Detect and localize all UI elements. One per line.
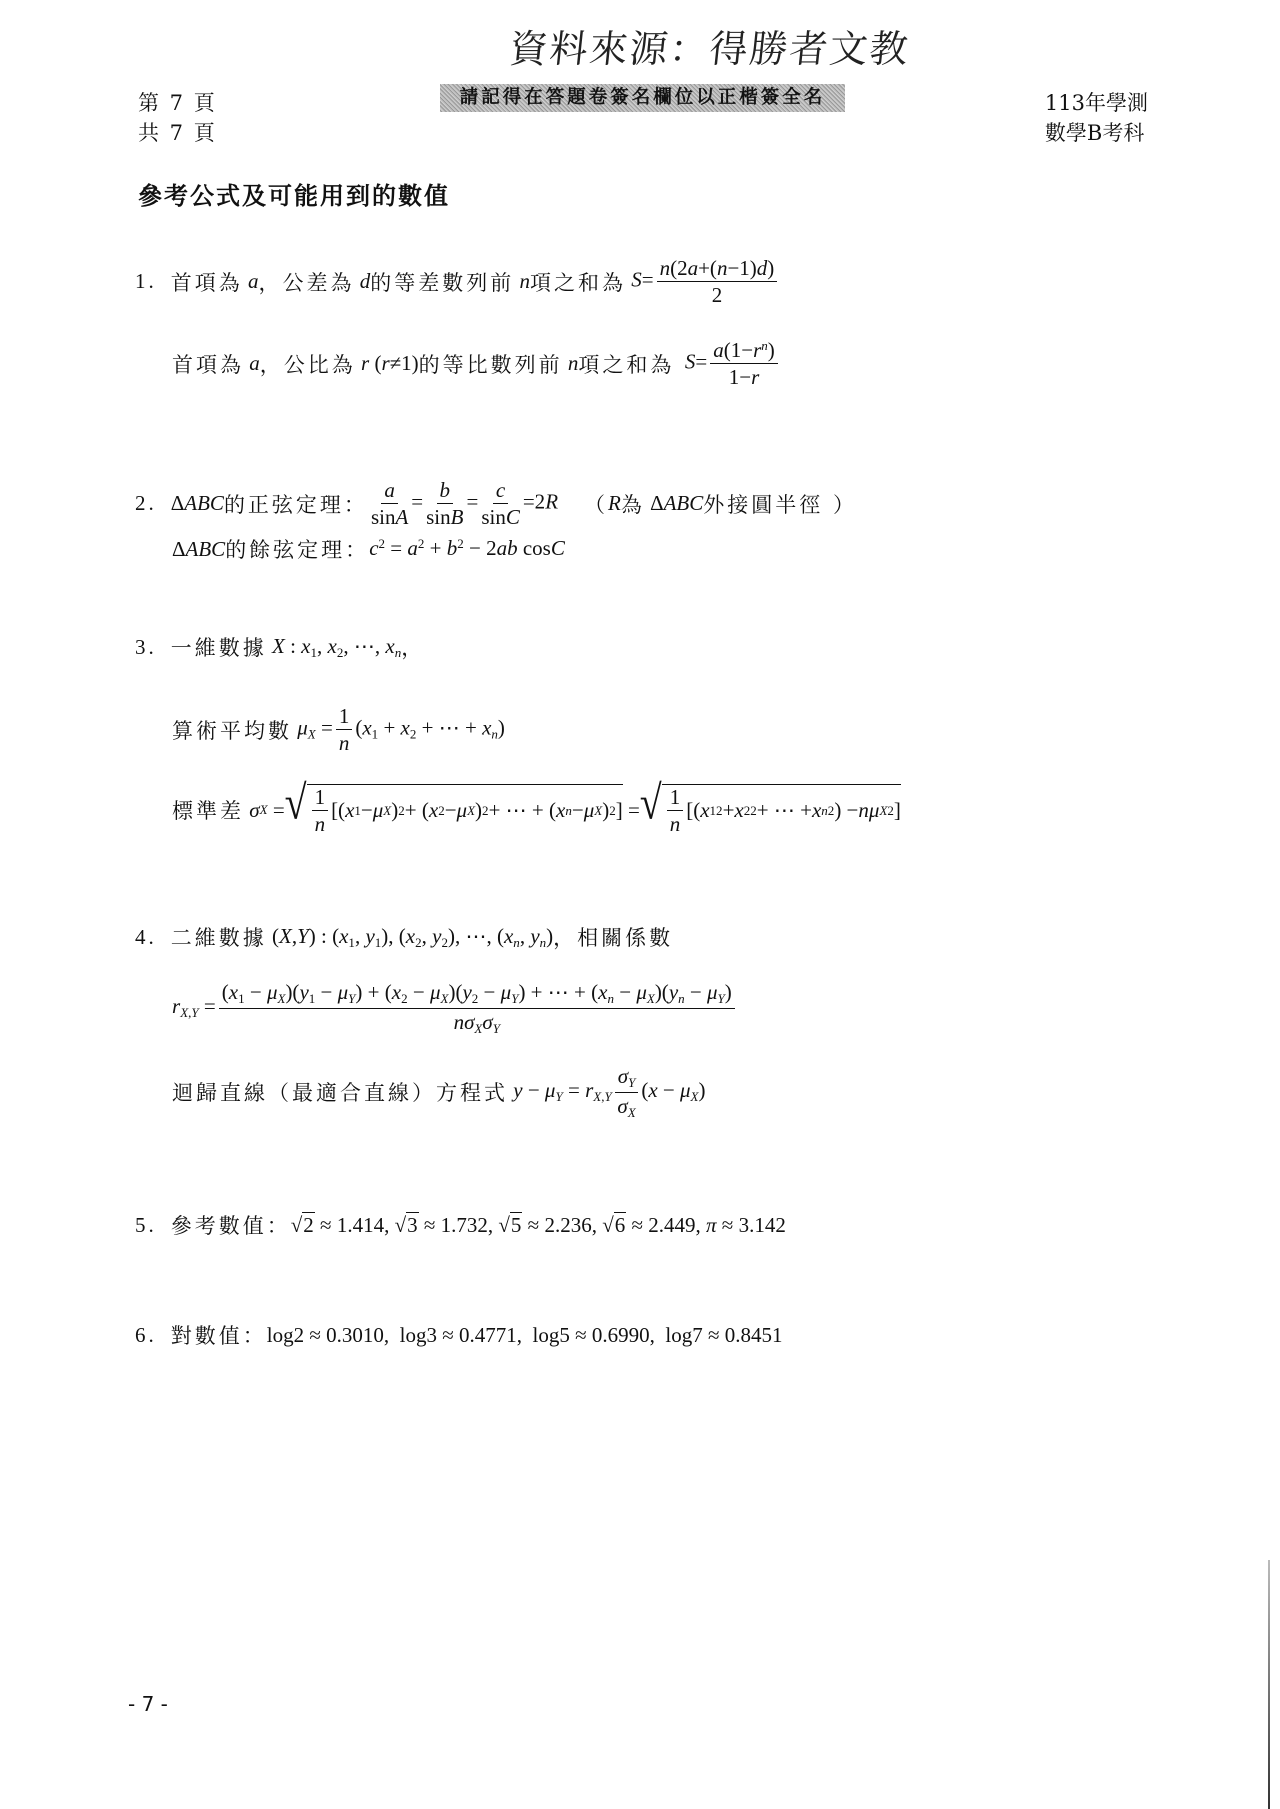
stddev-formula: σX = √1n[(x1 − μX)2 + (x2 − μX)2 + ⋯ + (… (244, 784, 901, 836)
formula-3c: 標準差 σX = √1n[(x1 − μX)2 + (x2 − μX)2 + ⋯… (172, 784, 901, 836)
formula-2a: 2. ΔABC的正弦定理： asinA=bsinB=csinC=2R （ R為 … (135, 478, 857, 529)
exam-subject: 數學B考科 (1045, 118, 1148, 148)
formula-4a: 4. 二維數據 (X,Y) : (x1, y1), (x2, y2), ⋯, (… (135, 922, 673, 952)
exam-year: 113年學測 (1045, 88, 1148, 118)
log-values: 6. 對數值： log2 ≈ 0.3010, log3 ≈ 0.4771, lo… (135, 1320, 783, 1350)
regression-formula: y − μY = rX,YσYσX(x − μX) (508, 1064, 706, 1121)
page-current: 第 7 頁 (138, 88, 217, 118)
formula-1b: 首項為 a， 公比為 r (r≠1)的等比數列前 n項之和為 S=a(1−rn)… (172, 338, 781, 389)
exam-info: 113年學測 數學B考科 (1045, 88, 1148, 148)
page-title: 參考公式及可能用到的數值 (138, 176, 450, 211)
page-total: 共 7 頁 (138, 118, 217, 148)
mean-formula: μX =1n(x1 + x2 + ⋯ + xn) (292, 704, 505, 755)
reference-values: 5. 參考數值： √2 ≈ 1.414, √3 ≈ 1.732, √5 ≈ 2.… (135, 1210, 786, 1240)
cosine-law-formula: c2 = a2 + b2 − 2ab cosC (369, 536, 565, 561)
page-indicator: 第 7 頁 共 7 頁 (138, 88, 217, 148)
formula-2b: ΔABC的餘弦定理： c2 = a2 + b2 − 2ab cosC (172, 534, 565, 564)
page-footer-number: - 7 - (128, 1692, 168, 1716)
arithmetic-sum-formula: S=n(2a+(n−1)d)2 (626, 256, 780, 307)
geometric-sum-formula: S=a(1−rn)1−r (674, 338, 780, 389)
scan-edge-line (1268, 1560, 1270, 1809)
sine-law-formula: asinA=bsinB=csinC=2R (368, 478, 558, 529)
formula-3b: 算術平均數 μX =1n(x1 + x2 + ⋯ + xn) (172, 704, 505, 755)
signature-reminder-banner: 請記得在答題卷簽名欄位以正楷簽全名 (440, 84, 845, 112)
formula-4c: 迴歸直線（最適合直線）方程式 y − μY = rX,YσYσX(x − μX) (172, 1064, 706, 1121)
formula-3a: 3. 一維數據 X : x1, x2, ⋯, xn ， (135, 632, 425, 662)
formula-1a: 1. 首項為 a， 公差為 d的等差數列前 n項之和為 S=n(2a+(n−1)… (135, 256, 780, 307)
formula-4b: rX,Y =(x1 − μX)(y1 − μY) + (x2 − μX)(y2 … (172, 980, 738, 1037)
handwritten-source-note: 資料來源：得勝者文教 (507, 18, 913, 73)
correlation-formula: rX,Y =(x1 − μX)(y1 − μY) + (x2 − μX)(y2 … (172, 980, 738, 1037)
item-number: 1. (135, 269, 157, 294)
